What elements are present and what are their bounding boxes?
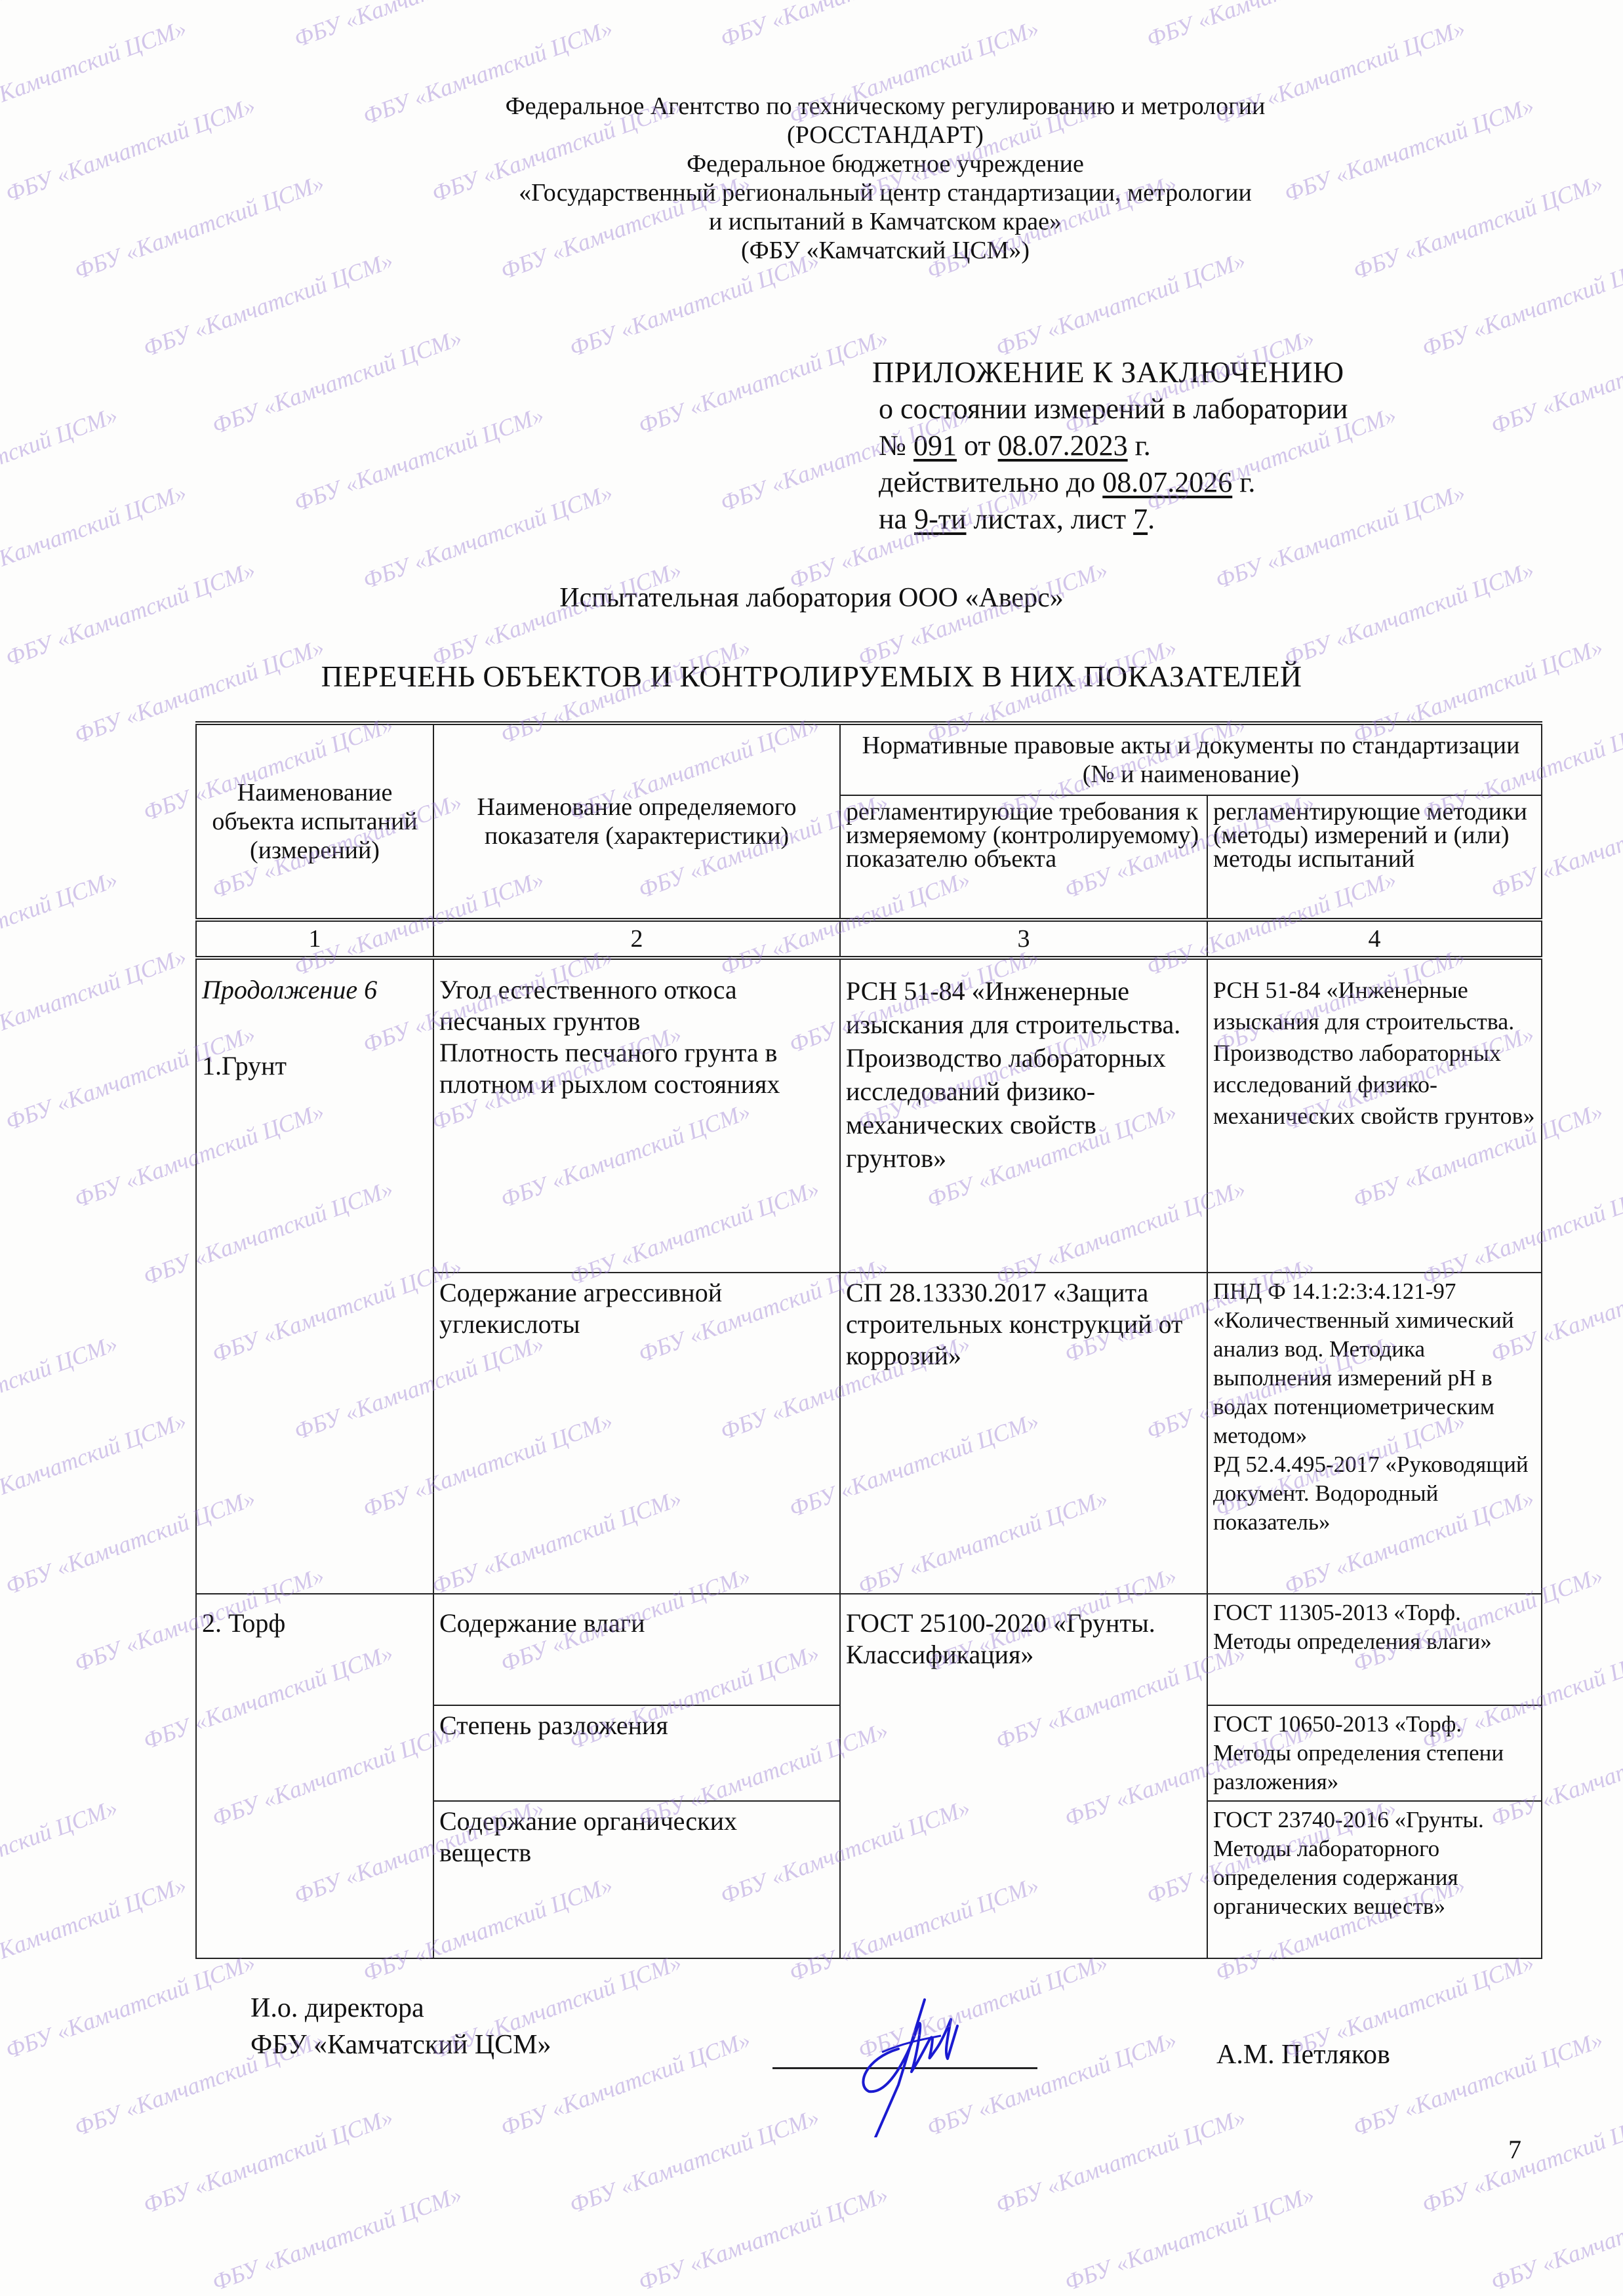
header-documents-group: Нормативные правовые акты и документы по… [840, 723, 1542, 795]
org-header-line: Федеральное бюджетное учреждение [393, 149, 1377, 178]
annex-number-line: № 091 от 08.07.2023 г. [872, 427, 1495, 464]
handwritten-signature-icon [820, 1987, 1003, 2137]
column-number: 1 [196, 920, 433, 958]
methods-cell: РСН 51-84 «Инженерные изыскания для стро… [1207, 958, 1542, 1273]
requirements-cell: ГОСТ 25100-2020 «Грунты. Классификация» [840, 1594, 1207, 1958]
indicator-cell: Угол естественного откоса песчаных грунт… [433, 958, 840, 1273]
table-row: 2. Торф Содержание влаги ГОСТ 25100-2020… [196, 1594, 1542, 1705]
position-line: ФБУ «Камчатский ЦСМ» [250, 2027, 551, 2063]
annex-sheets-line: на 9-ти листах, лист 7. [872, 501, 1495, 538]
annex-block: ПРИЛОЖЕНИЕ К ЗАКЛЮЧЕНИЮ о состоянии изме… [872, 354, 1495, 538]
header-methods: регламентирующие методики (методы) измер… [1207, 795, 1542, 920]
org-header-line: «Государственный региональный центр стан… [393, 178, 1377, 207]
method-document: ПНД Ф 14.1:2:3:4.121-97 «Количественный … [1213, 1277, 1536, 1450]
valid-until-date: 08.07.2026 [1102, 466, 1232, 498]
column-number: 4 [1207, 920, 1542, 958]
object-cell: Продолжение 6 1.Грунт [196, 958, 433, 1594]
conclusion-number: 091 [913, 429, 957, 462]
indicator-name: Плотность песчаного грунта в плотном и р… [439, 1037, 834, 1100]
org-header-line: Федеральное Агентство по техническому ре… [393, 92, 1377, 121]
laboratory-name: Испытательная лаборатория ООО «Аверс» [0, 582, 1623, 614]
methods-cell: ГОСТ 23740-2016 «Грунты. Методы лаборато… [1207, 1801, 1542, 1958]
methods-cell: ПНД Ф 14.1:2:3:4.121-97 «Количественный … [1207, 1273, 1542, 1594]
header-object: Наименование объекта испытаний (измерени… [196, 723, 433, 920]
indicator-cell: Содержание агрессивной углекислоты [433, 1273, 840, 1594]
indicator-name: Угол естественного откоса песчаных грунт… [439, 974, 834, 1037]
org-header-line: (ФБУ «Камчатский ЦСМ») [393, 236, 1377, 265]
sheets-total: 9-ти [914, 503, 966, 535]
methods-cell: ГОСТ 11305-2013 «Торф. Методы определени… [1207, 1594, 1542, 1705]
indicator-cell: Степень разложения [433, 1705, 840, 1801]
methods-cell: ГОСТ 10650-2013 «Торф. Методы определени… [1207, 1705, 1542, 1801]
org-header-line: (РОССТАНДАРТ) [393, 121, 1377, 149]
objects-table: Наименование объекта испытаний (измерени… [195, 721, 1542, 1959]
sheets-middle: листах, лист [967, 503, 1134, 535]
position-line: И.о. директора [250, 1990, 551, 2027]
header-indicator: Наименование определяемого показателя (х… [433, 723, 840, 920]
date-prefix: от [957, 429, 998, 462]
requirements-cell: СП 28.13330.2017 «Защита строительных ко… [840, 1273, 1207, 1594]
conclusion-date: 08.07.2023 [998, 429, 1128, 462]
org-header-line: и испытаний в Камчатском крае» [393, 207, 1377, 236]
list-title: ПЕРЕЧЕНЬ ОБЪЕКТОВ И КОНТРОЛИРУЕМЫХ В НИХ… [0, 659, 1623, 694]
page-number: 7 [1508, 2134, 1521, 2165]
sheets-prefix: на [879, 503, 914, 535]
object-cell: 2. Торф [196, 1594, 433, 1958]
requirements-cell: РСН 51-84 «Инженерные изыскания для стро… [840, 958, 1207, 1273]
annex-title: ПРИЛОЖЕНИЕ К ЗАКЛЮЧЕНИЮ [872, 354, 1495, 391]
indicator-cell: Содержание органических веществ [433, 1801, 840, 1958]
signatory-position: И.о. директора ФБУ «Камчатский ЦСМ» [250, 1990, 551, 2063]
object-name: 1.Грунт [202, 1050, 428, 1082]
indicator-cell: Содержание влаги [433, 1594, 840, 1705]
valid-prefix: действительно до [879, 466, 1102, 498]
column-number: 3 [840, 920, 1207, 958]
continuation-label: Продолжение 6 [202, 974, 428, 1006]
sheet-current: 7 [1133, 503, 1148, 535]
header-requirements: регламентирующие требования к измеряемом… [840, 795, 1207, 920]
organization-header: Федеральное Агентство по техническому ре… [393, 92, 1377, 265]
signatory-name: А.М. Петляков [1216, 2039, 1390, 2070]
annex-subtitle: о состоянии измерений в лаборатории [872, 391, 1495, 427]
column-number: 2 [433, 920, 840, 958]
sheets-suffix: . [1148, 503, 1155, 535]
method-document: РД 52.4.495-2017 «Руководящий документ. … [1213, 1450, 1536, 1537]
annex-valid-line: действительно до 08.07.2026 г. [872, 464, 1495, 501]
date-suffix: г. [1128, 429, 1151, 462]
valid-suffix: г. [1232, 466, 1255, 498]
number-prefix: № [879, 429, 913, 462]
column-number-row: 1 2 3 4 [196, 920, 1542, 958]
document-page: Федеральное Агентство по техническому ре… [0, 0, 1623, 2296]
object-name: 2. Торф [202, 1608, 428, 1639]
table-row: Продолжение 6 1.Грунт Угол естественного… [196, 958, 1542, 1273]
